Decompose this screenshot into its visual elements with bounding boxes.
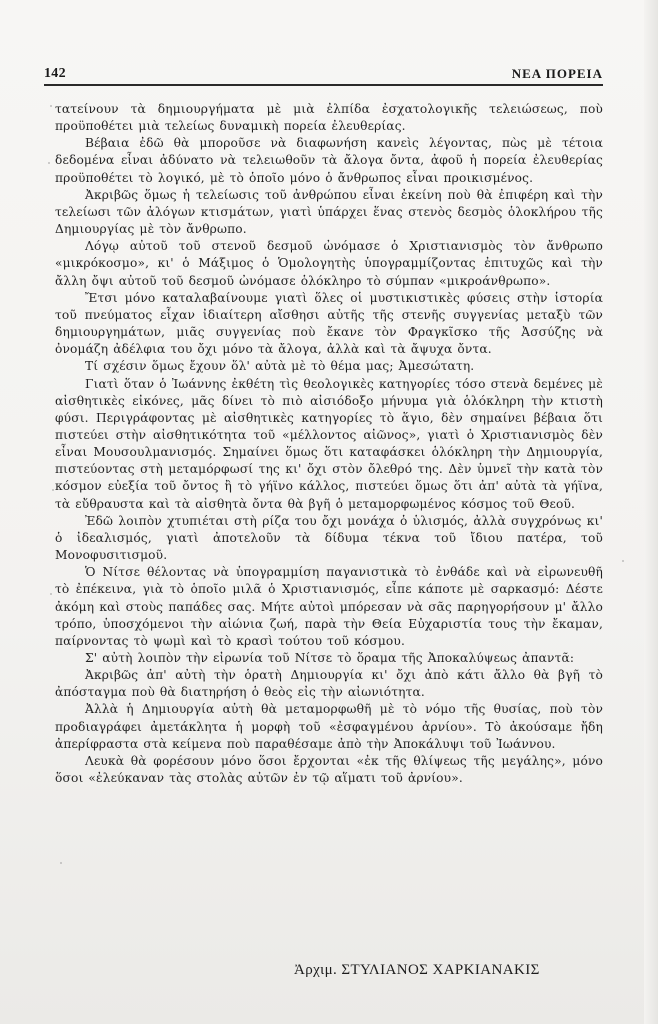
paragraph: Ἀκριβῶς ὅμως ἡ τελείωσις τοῦ ἀνθρώπου εἶ… [55, 187, 603, 238]
scan-speck [50, 105, 52, 107]
scan-speck [52, 489, 54, 491]
page-edge-shadow [644, 0, 658, 1024]
paragraph: Ἔτσι μόνο καταλαβαίνουμε γιατὶ ὅλες οἱ μ… [55, 290, 603, 359]
journal-title: ΝΕΑ ΠΟΡΕΙΑ [512, 66, 603, 82]
paragraph: Ἐδῶ λοιπὸν χτυπιέται στὴ ρίζα του ὄχι μο… [55, 513, 603, 564]
paragraph: Ἀλλὰ ἡ Δημιουργία αὐτὴ θὰ μεταμορφωθῆ μὲ… [55, 701, 603, 752]
scan-speck [622, 560, 624, 562]
paragraph: Λόγῳ αὐτοῦ τοῦ στενοῦ δεσμοῦ ὠνόμασε ὁ Χ… [55, 238, 603, 289]
running-head: 142 ΝΕΑ ΠΟΡΕΙΑ [44, 62, 603, 82]
article-body: τατείνουν τὰ δημιουργήματα μὲ μιὰ ἐλπίδα… [55, 101, 603, 787]
paragraph: Βέβαια ἐδῶ θὰ μποροῦσε νὰ διαφωνήση κανε… [55, 135, 603, 186]
header-rule [44, 84, 603, 86]
scan-speck [60, 862, 62, 864]
paragraph: τατείνουν τὰ δημιουργήματα μὲ μιὰ ἐλπίδα… [55, 101, 603, 135]
paragraph: Ὁ Νίτσε θέλοντας νὰ ὑπογραμμίση παγανιστ… [55, 564, 603, 650]
paragraph: Γιατὶ ὅταν ὁ Ἰωάννης ἐκθέτη τὶς θεολογικ… [55, 376, 603, 513]
author-signature: Ἀρχιμ. ΣΤΥΛΙΑΝΟΣ ΧΑΡΚΙΑΝΑΚΙΣ [294, 962, 540, 979]
paragraph: Τί σχέσιν ὅμως ἔχουν ὅλ' αὐτὰ μὲ τὸ θέμα… [55, 358, 603, 375]
scan-speck [48, 162, 50, 164]
paragraph: Σ' αὐτὴ λοιπὸν τὴν εἰρωνία τοῦ Νίτσε τὸ … [55, 650, 603, 667]
scanned-page: 142 ΝΕΑ ΠΟΡΕΙΑ τατείνουν τὰ δημιουργήματ… [0, 0, 658, 1024]
page-number: 142 [44, 66, 66, 82]
paragraph: Ἀκριβῶς ἀπ' αὐτὴ τὴν ὁρατὴ Δημιουργία κι… [55, 667, 603, 701]
scan-speck [50, 593, 52, 595]
paragraph: Λευκὰ θὰ φορέσουν μόνο ὅσοι ἔρχονται «ἐκ… [55, 753, 603, 787]
